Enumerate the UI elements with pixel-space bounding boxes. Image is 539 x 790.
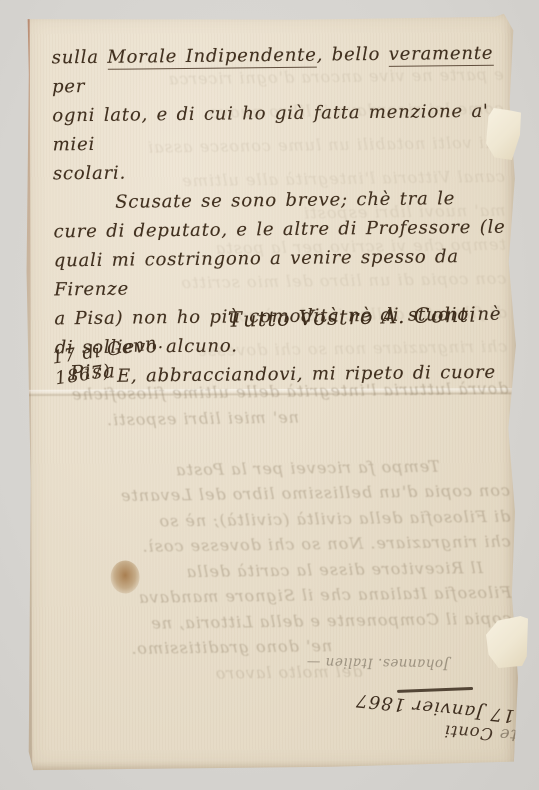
- letter-line: sulla Morale Indipendente, bello veramen…: [52, 39, 509, 102]
- bleed-line: di Filosofia della civiltà (civiltà); nè…: [34, 503, 510, 535]
- bleed-line: copia il Componente e della Littoria, ne: [36, 605, 512, 637]
- letter-paper: e parte ne vive ancora d'ogni ricercacom…: [25, 12, 520, 771]
- annotation-name-part: Auguste: [492, 725, 539, 749]
- bleed-line: chi ringraziare. Non so chi dovesse così…: [35, 529, 511, 561]
- ink-stain: [111, 560, 140, 593]
- letter-line: ogni lato, e di cui ho già fatta menzion…: [52, 97, 509, 160]
- annotation-name-part: Conti: [443, 721, 493, 743]
- bleed-line: Filosofia Italiana che il Signore mandav…: [35, 580, 511, 612]
- bleedthrough-middle: dovrà lutturia l'integrità delle ultime …: [32, 376, 512, 689]
- letter-line: cure di deputato, e le altre di Professo…: [53, 213, 509, 247]
- letter-line: scolari.: [53, 155, 509, 189]
- bleed-line: Il Ricevitore disse la carità della: [35, 554, 511, 586]
- ink-dash: [397, 687, 473, 692]
- annotation-name: Auguste Conti: [403, 719, 539, 749]
- fold-crease: [26, 388, 518, 397]
- collector-note: Johannes. Italien —: [289, 654, 449, 672]
- scanned-letter-page: e parte ne vive ancora d'ogni ricercacom…: [0, 0, 539, 790]
- bleed-line: ne' miei libri esposti.: [33, 401, 509, 433]
- bleed-line: Tempo fa ricevei per la Posta: [33, 452, 509, 484]
- bleed-line: con copia d'un bellissimo libro del Leva…: [34, 478, 510, 510]
- place-line: Pisa: [69, 358, 116, 385]
- bleed-line: [33, 427, 509, 459]
- letter-line: quali mi costringono a venire spesso da …: [54, 242, 511, 305]
- letter-line: Scusate se sono breve; chè tra le: [53, 184, 509, 218]
